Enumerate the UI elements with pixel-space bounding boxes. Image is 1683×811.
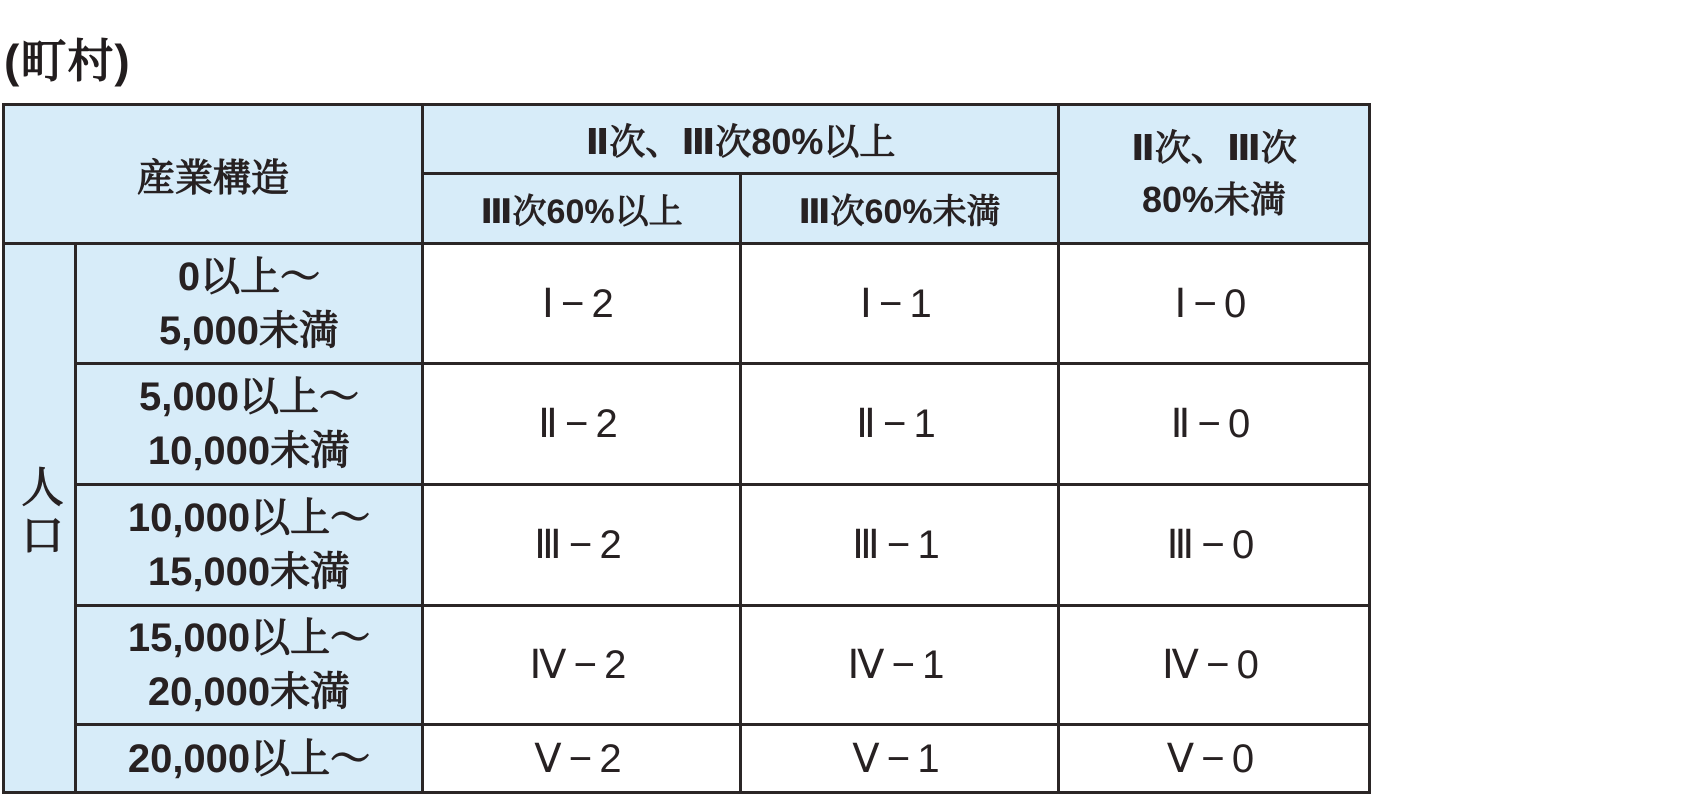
row-label-line-1: 10,000以上～ [77,491,421,545]
table-row: 人口 0以上～ 5,000未満 Ⅰ−2 Ⅰ−1 Ⅰ−0 [4,244,1370,364]
col-header-line-1: Ⅱ次、Ⅲ次 [1060,122,1368,174]
col-subheader-tertiary-under-60: Ⅲ次60%未満 [741,174,1059,244]
value-cell: Ⅳ−0 [1059,606,1370,725]
col-header-line-2: 80%未満 [1060,174,1368,226]
row-label-line-1: 0以上～ [77,250,421,304]
page: (町村) 産業構造 Ⅱ次、Ⅲ次80%以上 Ⅱ次、Ⅲ次 80%未満 Ⅲ次60%以上… [0,0,1683,811]
corner-header-industrial-structure: 産業構造 [4,105,423,244]
row-label-line-2: 10,000未満 [77,424,421,478]
table-row: 5,000以上～ 10,000未満 Ⅱ−2 Ⅱ−1 Ⅱ−0 [4,364,1370,485]
value-cell: Ⅲ−0 [1059,485,1370,606]
row-label-5000-to-10000: 5,000以上～ 10,000未満 [76,364,423,485]
value-cell: Ⅳ−2 [423,606,741,725]
row-label-line-2: 20,000未満 [77,665,421,719]
value-cell: Ⅱ−1 [741,364,1059,485]
value-cell: Ⅰ−0 [1059,244,1370,364]
col-header-secondary-tertiary-under-80: Ⅱ次、Ⅲ次 80%未満 [1059,105,1370,244]
col-group-header-secondary-tertiary-80plus: Ⅱ次、Ⅲ次80%以上 [423,105,1059,174]
table-row: 15,000以上～ 20,000未満 Ⅳ−2 Ⅳ−1 Ⅳ−0 [4,606,1370,725]
row-label-line-2: 15,000未満 [77,545,421,599]
row-label-line-1: 5,000以上～ [77,370,421,424]
row-axis-population: 人口 [4,244,76,793]
row-label-line-1: 15,000以上～ [77,611,421,665]
value-cell: Ⅴ−0 [1059,725,1370,793]
row-label-line-2: 5,000未満 [77,304,421,358]
value-cell: Ⅴ−1 [741,725,1059,793]
page-title: (町村) [4,36,131,87]
table-row: 20,000以上～ Ⅴ−2 Ⅴ−1 Ⅴ−0 [4,725,1370,793]
row-label-20000-plus: 20,000以上～ [76,725,423,793]
row-label-line-1: 20,000以上～ [77,732,421,786]
value-cell: Ⅱ−0 [1059,364,1370,485]
row-label-10000-to-15000: 10,000以上～ 15,000未満 [76,485,423,606]
industry-population-matrix-table: 産業構造 Ⅱ次、Ⅲ次80%以上 Ⅱ次、Ⅲ次 80%未満 Ⅲ次60%以上 Ⅲ次60… [2,103,1371,794]
value-cell: Ⅴ−2 [423,725,741,793]
value-cell: Ⅲ−1 [741,485,1059,606]
row-label-0-to-5000: 0以上～ 5,000未満 [76,244,423,364]
value-cell: Ⅲ−2 [423,485,741,606]
value-cell: Ⅰ−1 [741,244,1059,364]
row-label-15000-to-20000: 15,000以上～ 20,000未満 [76,606,423,725]
value-cell: Ⅰ−2 [423,244,741,364]
value-cell: Ⅱ−2 [423,364,741,485]
value-cell: Ⅳ−1 [741,606,1059,725]
row-axis-label: 人口 [19,465,61,561]
table-row: 10,000以上～ 15,000未満 Ⅲ−2 Ⅲ−1 Ⅲ−0 [4,485,1370,606]
col-subheader-tertiary-60plus: Ⅲ次60%以上 [423,174,741,244]
